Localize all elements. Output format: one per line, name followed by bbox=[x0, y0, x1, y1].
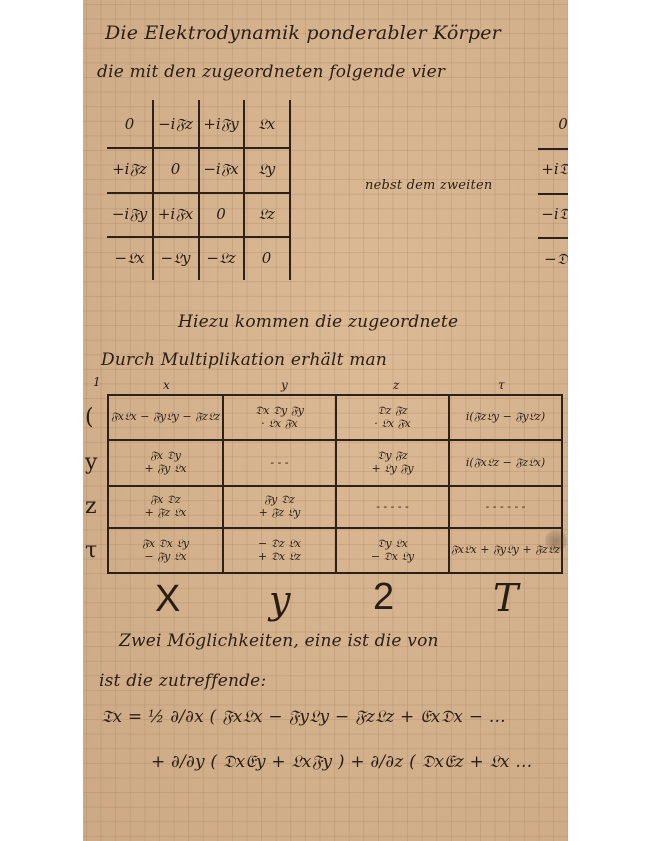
row-bracket: y bbox=[85, 450, 97, 475]
product-cell: - - - - - - bbox=[450, 487, 561, 527]
product-cell: - - - - - bbox=[337, 487, 448, 527]
matrix1-cell: 𝔏x bbox=[244, 103, 289, 147]
product-cell: 𝔉x 𝔇z + 𝔉z 𝔏x bbox=[109, 487, 222, 527]
row-bracket: z bbox=[85, 494, 97, 519]
matrix1-cell: 0 bbox=[244, 237, 289, 280]
text-line-4: Durch Multiplikation erhält man bbox=[101, 350, 387, 370]
product-cell: − 𝔇z 𝔏x + 𝔇x 𝔏z bbox=[224, 529, 335, 572]
matrix1-cell: 0 bbox=[107, 103, 152, 147]
equation-line-1: 𝔗x = ½ ∂/∂x ( 𝔉x𝔏x − 𝔉y𝔏y − 𝔉z𝔏z + 𝔈x𝔇x … bbox=[101, 707, 506, 727]
matrix2-cell: +i𝔇 bbox=[538, 155, 568, 185]
text-line-5: Zwei Möglichkeiten, eine ist die von bbox=[119, 631, 439, 651]
matrix1-cell: −𝔏z bbox=[199, 237, 243, 280]
product-cell: 𝔉x𝔏x − 𝔉y𝔏y − 𝔉z𝔏z bbox=[109, 396, 222, 439]
manuscript-page: Die Elektrodynamik ponderabler Körper di… bbox=[83, 0, 568, 841]
matrix1-cell: −𝔏x bbox=[107, 237, 152, 280]
matrix1-cell: −i𝔉z bbox=[153, 103, 198, 147]
column-header-x: x bbox=[163, 378, 170, 392]
row-bracket: ( bbox=[85, 405, 94, 430]
product-cell: 𝔉x 𝔇y + 𝔉y 𝔏x bbox=[109, 441, 222, 485]
row-bracket: τ bbox=[85, 538, 97, 563]
product-cell: - - - bbox=[224, 441, 335, 485]
matrix1-cell: 𝔏z bbox=[244, 193, 289, 236]
text-line-3: Hiezu kommen die zugeordnete bbox=[178, 312, 458, 332]
product-cell: 𝔉y 𝔇z + 𝔉z 𝔏y bbox=[224, 487, 335, 527]
matrix1-cell: +i𝔉x bbox=[153, 193, 198, 236]
product-cell: 𝔇y 𝔏x − 𝔇x 𝔏y bbox=[337, 529, 448, 572]
matrix1-cell: +i𝔉y bbox=[199, 103, 243, 147]
footer-letter-t: T bbox=[493, 576, 518, 620]
matrix1-cell: −i𝔉x bbox=[199, 148, 243, 192]
matrix1-cell: 𝔏y bbox=[244, 148, 289, 192]
product-cell: i(𝔉z𝔏y − 𝔉y𝔏z) bbox=[450, 396, 561, 439]
product-cell: 𝔇y 𝔉z + 𝔏y 𝔉y bbox=[337, 441, 448, 485]
matrix1-cell: 0 bbox=[153, 148, 198, 192]
matrix2-cell: −i𝔇 bbox=[538, 200, 568, 230]
footer-letter-y: y bbox=[269, 578, 290, 622]
text-line-2: die mit den zugeordneten folgende vier bbox=[97, 62, 445, 82]
matrix1-cell: −i𝔉y bbox=[107, 193, 152, 236]
equation-line-2: + ∂/∂y ( 𝔇x𝔈y + 𝔏x𝔉y ) + ∂/∂z ( 𝔇x𝔈z + 𝔏… bbox=[151, 752, 532, 772]
footer-letter-2: 2 bbox=[373, 576, 394, 619]
matrix2-cell: 0 bbox=[553, 110, 568, 140]
side-note: nebst dem zweiten bbox=[365, 178, 492, 193]
matrix1-cell: −𝔏y bbox=[153, 237, 198, 280]
product-cell: i(𝔉x𝔏z − 𝔉z𝔏x) bbox=[450, 441, 561, 485]
product-cell: 𝔉x𝔏x + 𝔉y𝔏y + 𝔉z𝔏z bbox=[450, 529, 561, 572]
column-header-tau: τ bbox=[498, 378, 505, 392]
matrix1-cell: 0 bbox=[199, 193, 243, 236]
ink-stain bbox=[545, 530, 567, 552]
product-cell: 𝔇x 𝔇y 𝔉y · 𝔏x 𝔉x bbox=[224, 396, 335, 439]
column-header-y: y bbox=[281, 378, 288, 392]
text-line-1: Die Elektrodynamik ponderabler Körper bbox=[105, 22, 501, 44]
matrix2-cell: −𝔇 bbox=[541, 245, 568, 275]
text-line-6: ist die zutreffende: bbox=[99, 671, 266, 691]
product-cell: 𝔇z 𝔉z · 𝔏x 𝔉x bbox=[337, 396, 448, 439]
matrix1-cell: +i𝔉z bbox=[107, 148, 152, 192]
footer-letter-x: X bbox=[155, 578, 180, 621]
product-cell: 𝔉x 𝔇x 𝔏y − 𝔉y 𝔏x bbox=[109, 529, 222, 572]
row-marker: 1 bbox=[93, 375, 101, 389]
column-header-z: z bbox=[393, 378, 399, 392]
